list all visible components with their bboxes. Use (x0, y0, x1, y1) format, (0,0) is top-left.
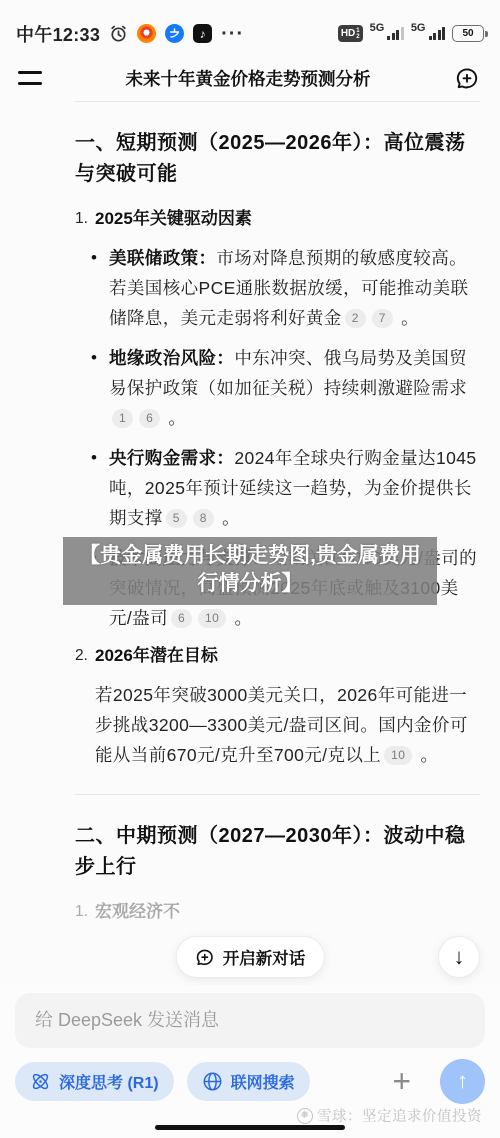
site-watermark: ❅ 雪球：坚定追求价值投资 (297, 1105, 482, 1126)
web-search-label: 联网搜索 (231, 1070, 295, 1093)
scroll-to-bottom-button[interactable]: ↓ (438, 936, 480, 978)
bullet-item: •美联储政策：市场对降息预期的敏感度较高。若美国核心PCE通胀数据放缓，可能推动… (91, 243, 480, 333)
deep-think-toggle[interactable]: 深度思考 (R1) (15, 1062, 174, 1101)
app-header: 未来十年黄金价格走势预测分析 (0, 55, 500, 101)
send-button[interactable]: ↑ (440, 1059, 485, 1104)
section-heading: 二、中期预测（2027—2030年）：波动中稳步上行 (75, 821, 480, 883)
bullet-item: •地缘政治风险：中东冲突、俄乌局势及美国贸易保护政策（如加征关税）持续刺激避险需… (91, 343, 480, 433)
watermark-overlay: 【贵金属费用长期走势图,贵金属费用 行情分析】 (63, 537, 437, 605)
clock-time: 中午12:33 (16, 21, 100, 47)
citation-badge[interactable]: 2 (345, 309, 366, 328)
arrow-up-icon: ↑ (457, 1068, 468, 1094)
bullet-dot: • (91, 343, 109, 433)
section-divider (75, 101, 480, 102)
bullet-dot: • (91, 443, 109, 533)
citation-badge[interactable]: 8 (193, 509, 214, 528)
section-heading: 一、短期预测（2025—2026年）：高位震荡与突破可能 (75, 128, 480, 190)
signal-sim1-icon: 5G (370, 27, 404, 40)
signal-sim2-icon: 5G (411, 27, 445, 40)
citation-badge[interactable]: 6 (171, 609, 192, 628)
home-indicator[interactable] (155, 1125, 345, 1130)
paragraph: 若2025年突破3000美元关口，2026年可能进一步挑战3200—3300美元… (95, 680, 480, 770)
citation-badge[interactable]: 10 (384, 746, 412, 765)
watermark-line2: 行情分析】 (63, 570, 437, 598)
watermark-line1: 【贵金属费用长期走势图,贵金属费用 (63, 542, 437, 570)
composer-toolbar: 深度思考 (R1) 联网搜索 + ↑ (15, 1059, 485, 1103)
site-watermark-text: 雪球：坚定追求价值投资 (317, 1105, 482, 1126)
citation-badge[interactable]: 1 (112, 409, 133, 428)
message-input[interactable] (15, 993, 485, 1048)
bullet-dot: • (91, 243, 109, 333)
section-divider (75, 794, 480, 795)
alarm-icon (109, 24, 128, 43)
xueqiu-logo-icon: ❅ (297, 1108, 313, 1124)
citation-badge[interactable]: 6 (139, 409, 160, 428)
subsection-heading: 2.2026年潜在目标 (75, 643, 480, 668)
page-title: 未来十年黄金价格走势预测分析 (44, 66, 452, 91)
hd-volte-icon: HD 12 (338, 25, 363, 42)
douyin-app-icon: ♪ (193, 24, 212, 43)
deep-think-label: 深度思考 (R1) (59, 1070, 159, 1093)
citation-badge[interactable]: 5 (166, 509, 187, 528)
subsection-heading: 1.宏观经济不 (75, 899, 480, 924)
arrow-down-icon: ↓ (454, 944, 465, 970)
menu-icon[interactable] (18, 71, 44, 84)
phone-screen: 中午12:33 ♪ ··· HD 12 5G 5G (0, 0, 500, 1138)
citation-badge[interactable]: 7 (372, 309, 393, 328)
new-conversation-button[interactable]: 开启新对话 (176, 936, 325, 978)
new-chat-icon[interactable] (452, 63, 482, 93)
atom-icon (30, 1071, 51, 1092)
new-conversation-label: 开启新对话 (223, 945, 306, 969)
status-bar: 中午12:33 ♪ ··· HD 12 5G 5G (0, 0, 500, 55)
battery-icon: 50 (452, 25, 484, 42)
alipay-app-icon (165, 24, 184, 43)
attach-plus-button[interactable]: + (392, 1066, 411, 1096)
citation-badge[interactable]: 10 (198, 609, 226, 628)
bullet-item: •央行购金需求：2024年全球央行购金量达1045吨，2025年预计延续这一趋势… (91, 443, 480, 533)
globe-icon (202, 1071, 223, 1092)
weibo-app-icon (137, 24, 156, 43)
status-more-icon: ··· (221, 29, 244, 39)
web-search-toggle[interactable]: 联网搜索 (187, 1062, 310, 1101)
subsection-heading: 1.2025年关键驱动因素 (75, 206, 480, 231)
bubble-plus-icon (195, 947, 215, 967)
